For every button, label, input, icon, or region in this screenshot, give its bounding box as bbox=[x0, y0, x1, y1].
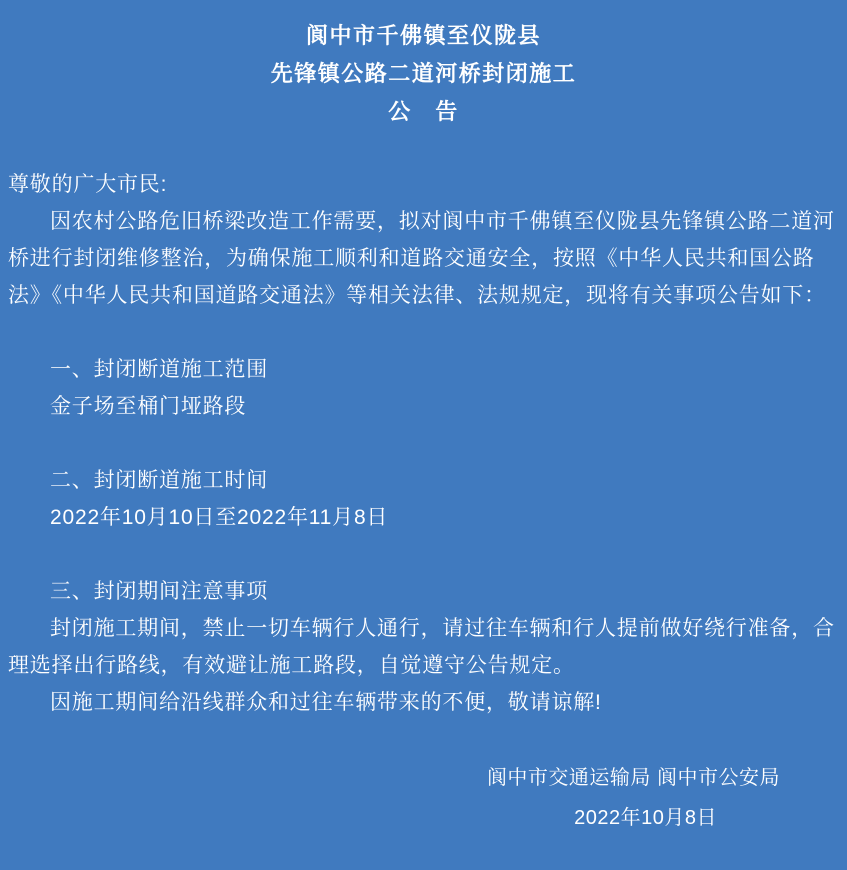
title-line-1: 阆中市千佛镇至仪陇县 bbox=[0, 17, 847, 55]
date-line: 2022年10月8日 bbox=[0, 798, 847, 838]
section-1-heading: 一、封闭断道施工范围 bbox=[8, 351, 839, 388]
intro-paragraph: 因农村公路危旧桥梁改造工作需要，拟对阆中市千佛镇至仪陇县先锋镇公路二道河桥进行封… bbox=[8, 203, 839, 314]
section-closure-time: 二、封闭断道施工时间 2022年10月10日至2022年11月8日 bbox=[8, 462, 839, 536]
section-closure-scope: 一、封闭断道施工范围 金子场至桶门垭路段 bbox=[8, 351, 839, 425]
issuer-line: 阆中市交通运输局 阆中市公安局 bbox=[0, 758, 847, 798]
section-closure-notes: 三、封闭期间注意事项 封闭施工期间，禁止一切车辆行人通行，请过往车辆和行人提前做… bbox=[8, 573, 839, 721]
notice-title: 阆中市千佛镇至仪陇县 先锋镇公路二道河桥封闭施工 公 告 bbox=[0, 17, 847, 131]
section-1-content: 金子场至桶门垭路段 bbox=[8, 388, 839, 425]
section-3-heading: 三、封闭期间注意事项 bbox=[8, 573, 839, 610]
notice-footer: 阆中市交通运输局 阆中市公安局 2022年10月8日 bbox=[0, 758, 847, 838]
section-2-heading: 二、封闭断道施工时间 bbox=[8, 462, 839, 499]
section-2-content: 2022年10月10日至2022年11月8日 bbox=[8, 499, 839, 536]
title-line-2: 先锋镇公路二道河桥封闭施工 bbox=[0, 55, 847, 93]
section-3-paragraph-1: 封闭施工期间，禁止一切车辆行人通行，请过往车辆和行人提前做好绕行准备，合理选择出… bbox=[8, 610, 839, 684]
section-3-paragraph-2: 因施工期间给沿线群众和过往车辆带来的不便，敬请谅解! bbox=[8, 684, 839, 721]
salutation: 尊敬的广大市民: bbox=[8, 166, 839, 203]
notice-body: 尊敬的广大市民: 因农村公路危旧桥梁改造工作需要，拟对阆中市千佛镇至仪陇县先锋镇… bbox=[0, 166, 847, 721]
notice-page: 阆中市千佛镇至仪陇县 先锋镇公路二道河桥封闭施工 公 告 尊敬的广大市民: 因农… bbox=[0, 0, 847, 870]
title-line-3: 公 告 bbox=[0, 93, 847, 131]
